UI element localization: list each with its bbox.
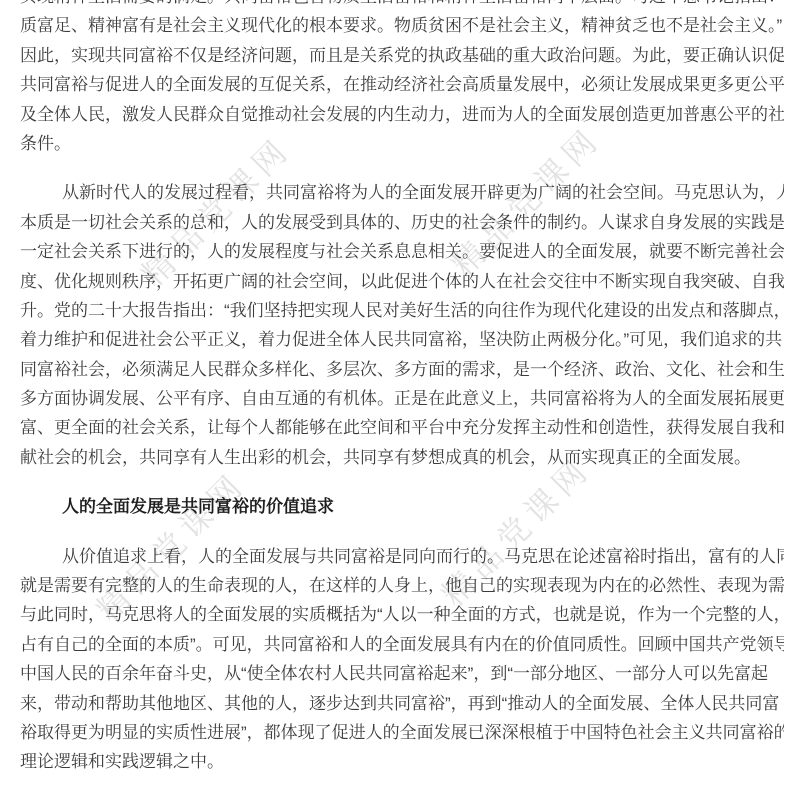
text-line: 多方面协调发展、公平有序、自由互通的有机体。正是在此意义上，共同富裕将为人的全面… [20, 384, 784, 413]
text-line: 条件。 [20, 129, 784, 158]
paragraph: 从价值追求上看，人的全面发展与共同富裕是同向而行的。马克思在论述富裕时指出，富有… [20, 542, 784, 777]
text-line: 同富裕社会，必须满足人民群众多样化、多层次、多方面的需求，是一个经济、政治、文化… [20, 355, 784, 384]
text-line: 中国人民的百余年奋斗史，从“使全体农村人民共同富裕起来”，到“一部分地区、一部分… [20, 659, 784, 688]
text-line: 理论逻辑和实践逻辑之中。 [20, 747, 784, 776]
section-heading: 人的全面发展是共同富裕的价值追求 [20, 492, 784, 521]
text-line: 度、优化规则秩序，开拓更广阔的社会空间，以此促进个体的人在社会交往中不断实现自我… [20, 267, 784, 296]
text-line: 来，带动和帮助其他地区、其他的人，逐步达到共同富裕”，再到“推动人的全面发展、全… [20, 689, 784, 718]
text-line: 从价值追求上看，人的全面发展与共同富裕是同向而行的。马克思在论述富裕时指出，富有… [20, 542, 784, 571]
paragraph: 从新时代人的发展过程看，共同富裕将为人的全面发展开辟更为广阔的社会空间。马克思认… [20, 178, 784, 472]
document-body: 实现精神生活需要的满足。共同富裕包含物质生活富裕和精神生活富裕两个层面。习近平总… [0, 0, 800, 777]
text-line: 从新时代人的发展过程看，共同富裕将为人的全面发展开辟更为广阔的社会空间。马克思认… [20, 178, 784, 207]
text-line: 质富足、精神富有是社会主义现代化的根本要求。物质贫困不是社会主义，精神贫乏也不是… [20, 11, 784, 40]
article-page: 精品党课网精品党课网精品党课网精品党课网 实现精神生活需要的满足。共同富裕包含物… [0, 0, 800, 800]
text-line: 献社会的机会，共同享有人生出彩的机会，共同享有梦想成真的机会，从而实现真正的全面… [20, 443, 784, 472]
text-line: 及全体人民，激发人民群众自觉推动社会发展的内生动力，进而为人的全面发展创造更加普… [20, 100, 784, 129]
text-line: 人的全面发展是共同富裕的价值追求 [20, 492, 784, 521]
text-line: 一定社会关系下进行的，人的发展程度与社会关系息息相关。要促进人的全面发展，就要不… [20, 237, 784, 266]
text-line: 富、更全面的社会关系，让每个人都能够在此空间和平台中充分发挥主动性和创造性，获得… [20, 413, 784, 442]
text-line: 升。党的二十大报告指出：“我们坚持把实现人民对美好生活的向往作为现代化建设的出发… [20, 296, 784, 325]
text-line: 就是需要有完整的人的生命表现的人，在这样的人身上，他自己的实现表现为内在的必然性… [20, 571, 784, 600]
text-line: 着力维护和促进社会公平正义，着力促进全体人民共同富裕，坚决防止两极分化。”可见，… [20, 325, 784, 354]
paragraph: 实现精神生活需要的满足。共同富裕包含物质生活富裕和精神生活富裕两个层面。习近平总… [20, 0, 784, 158]
text-line: 本质是一切社会关系的总和，人的发展受到具体的、历史的社会条件的制约。人谋求自身发… [20, 208, 784, 237]
text-line: 与此同时，马克思将人的全面发展的实质概括为“人以一种全面的方式，也就是说，作为一… [20, 600, 784, 629]
text-line: 裕取得更为明显的实质性进展”，都体现了促进人的全面发展已深深根植于中国特色社会主… [20, 718, 784, 747]
text-line: 因此，实现共同富裕不仅是经济问题，而且是关系党的执政基础的重大政治问题。为此，要… [20, 41, 784, 70]
text-line: 实现精神生活需要的满足。共同富裕包含物质生活富裕和精神生活富裕两个层面。习近平总… [20, 0, 784, 11]
text-line: 共同富裕与促进人的全面发展的互促关系，在推动经济社会高质量发展中，必须让发展成果… [20, 70, 784, 99]
text-line: 占有自己的全面的本质”。可见，共同富裕和人的全面发展具有内在的价值同质性。回顾中… [20, 630, 784, 659]
